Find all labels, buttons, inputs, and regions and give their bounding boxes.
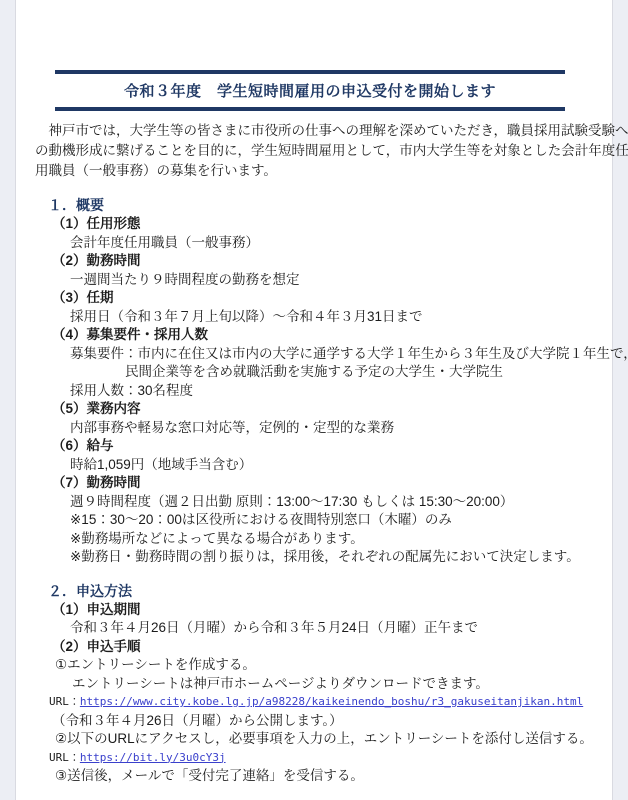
item-note: ※15：30～20：00は区役所における夜間特別窓口（木曜）のみ [70, 511, 612, 530]
kobe-city-url-link[interactable]: https://www.city.kobe.lg.jp/a98228/kaike… [80, 695, 583, 708]
item-text: 民間企業等を含め就職活動を実施する予定の大学生・大学院生 [125, 363, 612, 382]
item-label: （4）募集要件・採用人数 [52, 326, 612, 345]
item-text: 時給1,059円（地域手当含む） [70, 456, 612, 475]
document-page: 令和３年度 学生短時間雇用の申込受付を開始します 神戸市では，大学生等の皆さまに… [16, 0, 612, 800]
intro-line: 用職員（一般事務）の募集を行います。 [35, 161, 597, 181]
item-label: （2）勤務時間 [52, 252, 612, 271]
item-label: （3）任期 [52, 289, 612, 308]
section1-heading: １．概要 [48, 196, 612, 215]
screenshot-root: { "colors": { "accent_navy": "#1f3864", … [0, 0, 628, 800]
item-text: 採用人数：30名程度 [70, 382, 612, 401]
section1-list: （1）任用形態 会計年度任用職員（一般事務） （2）勤務時間 一週間当たり９時間… [16, 215, 612, 567]
step-text: ③送信後，メールで「受付完了連絡」を受信する。 [55, 767, 612, 786]
item-text: 令和３年４月26日（月曜）から令和３年５月24日（月曜）正午まで [70, 619, 612, 638]
bitly-url-link[interactable]: https://bit.ly/3u0cY3j [80, 751, 226, 764]
url-label: URL： [49, 695, 80, 708]
viewer-right-gutter [612, 0, 628, 800]
intro-line: 神戸市では，大学生等の皆さまに市役所の仕事への理解を深めていただき，職員採用試験… [35, 121, 597, 141]
url-line: URL：https://bit.ly/3u0cY3j [49, 749, 612, 768]
step-note: （令和３年４月26日（月曜）から公開します。） [52, 712, 612, 731]
viewer-left-gutter [0, 0, 16, 800]
document-title: 令和３年度 学生短時間雇用の申込受付を開始します [55, 70, 565, 111]
item-text: 一週間当たり９時間程度の勤務を想定 [70, 271, 612, 290]
item-label: （5）業務内容 [52, 400, 612, 419]
item-text: 募集要件：市内に在住又は市内の大学に通学する大学１年生から３年生及び大学院１年生… [70, 345, 612, 364]
intro-line: の動機形成に繋げることを目的に，学生短時間雇用として，市内大学生等を対象とした会… [35, 141, 597, 161]
item-label: （1）任用形態 [52, 215, 612, 234]
item-text: 会計年度任用職員（一般事務） [70, 234, 612, 253]
section2-heading: ２．申込方法 [48, 582, 612, 601]
item-label: （6）給与 [52, 437, 612, 456]
step-text: エントリーシートは神戸市ホームページよりダウンロードできます。 [72, 675, 612, 694]
url-line: URL：https://www.city.kobe.lg.jp/a98228/k… [49, 693, 612, 712]
step-text: ②以下のURLにアクセスし，必要事項を入力の上，エントリーシートを添付し送信する… [55, 730, 612, 749]
item-label: （1）申込期間 [52, 601, 612, 620]
url-label: URL： [49, 751, 80, 764]
intro-paragraph: 神戸市では，大学生等の皆さまに市役所の仕事への理解を深めていただき，職員採用試験… [35, 121, 597, 181]
item-text: 週９時間程度（週２日出勤 原則：13:00～17:30 もしくは 15:30～2… [70, 493, 612, 512]
item-label: （2）申込手順 [52, 638, 612, 657]
section2-list: （1）申込期間 令和３年４月26日（月曜）から令和３年５月24日（月曜）正午まで… [16, 601, 612, 786]
step-text: ①エントリーシートを作成する。 [55, 656, 612, 675]
item-label: （7）勤務時間 [52, 474, 612, 493]
item-note: ※勤務日・勤務時間の割り振りは，採用後，それぞれの配属先において決定します。 [70, 548, 612, 567]
item-note: ※勤務場所などによって異なる場合があります。 [70, 530, 612, 549]
item-text: 内部事務や軽易な窓口対応等，定例的・定型的な業務 [70, 419, 612, 438]
item-text: 採用日（令和３年７月上旬以降）～令和４年３月31日まで [70, 308, 612, 327]
